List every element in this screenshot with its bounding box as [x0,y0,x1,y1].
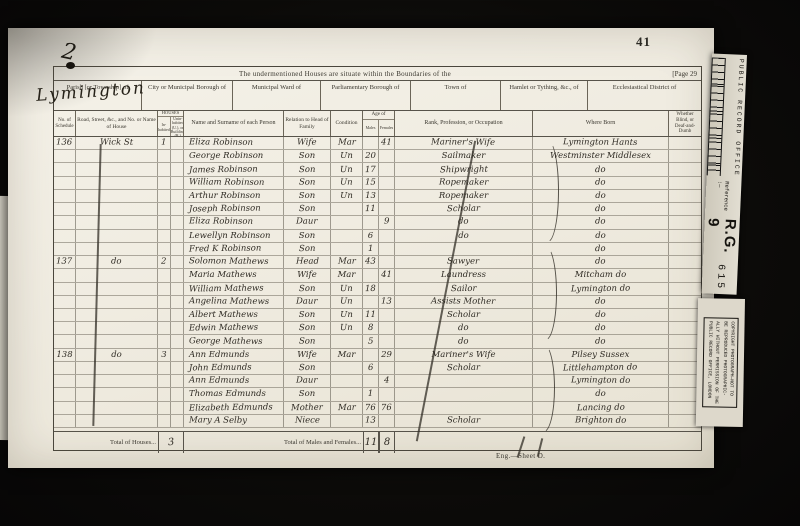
cell-rel: Wife [284,349,331,361]
handwritten-entry: Un [340,296,353,306]
table-row: Ann EdmundsDaur4Lymington do [54,375,701,388]
cell-agem: 13 [363,190,379,202]
cell-agem: 13 [363,415,379,427]
table-row: Elizabeth EdmundsMotherMar7676Lancing do [54,402,701,415]
handwritten-entry: do [595,204,606,214]
handwritten-entry: do [458,323,469,333]
cell-sched [54,150,76,162]
handwritten-entry: Mar [338,257,356,267]
cell-inh [158,309,171,321]
header-name: Name and Surname of each Person [184,111,284,136]
cell-agem [363,137,379,149]
handwritten-entry: do [595,217,606,227]
cell-inh [158,163,171,175]
handwritten-entry: Son [299,244,316,254]
cell-rel: Daur [284,216,331,228]
cell-street [76,375,158,387]
cell-inh [158,283,171,295]
district-box-parliamentary: Parliamentary Borough of [321,81,411,110]
archive-name: PUBLIC RECORD OFFICE [733,59,745,177]
header-rank: Rank, Profession, or Occupation [395,111,533,136]
district-label: Hamlet or Tything, &c., of [509,84,578,92]
census-table: The undermentioned Houses are situate wi… [53,66,702,451]
cell-uninh [171,388,184,400]
table-row: Lewellyn RobinsonSon6dodo [54,230,701,243]
cell-inh [158,402,171,414]
cell-street [76,163,158,175]
handwritten-entry: 11 [365,310,376,320]
handwritten-entry: Lymington do [571,376,630,387]
total-males-value: 11 [363,432,379,453]
handwritten-entry: William Robinson [189,177,264,188]
handwritten-entry: do [595,389,606,399]
cell-rel: Son [284,388,331,400]
cell-street [76,283,158,295]
cell-street: do [76,349,158,361]
cell-cond: Mar [331,256,363,268]
cell-occ: do [395,216,533,228]
table-row: Thomas EdmundsSon1do [54,388,701,401]
table-row: Fred K RobinsonSon1do [54,243,701,256]
handwritten-entry: Daur [296,376,318,386]
boundary-statement: The undermentioned Houses are situate wi… [239,70,451,78]
cell-name: Ann Edmunds [184,349,284,361]
cell-agef [379,256,395,268]
cell-inf [669,137,701,149]
cell-rel: Son [284,362,331,374]
total-houses-value: 3 [158,432,184,453]
handwritten-entry: Un [340,310,353,320]
cell-inf [669,322,701,334]
cell-agef [379,283,395,295]
copyright-line: BE REPRODUCED PHOTOGRAPHIC- [720,321,729,404]
reference-piece: 615 [714,264,726,291]
cell-occ [395,375,533,387]
cell-inf [669,283,701,295]
handwritten-entry: Sailor [451,283,477,293]
header-uninhabited: Unin-habited (U.), or Building (B.) [171,117,184,136]
cell-street: do [76,256,158,268]
cell-name: George Mathews [184,335,284,347]
cell-agem: 8 [363,322,379,334]
district-box-town: Town of [411,81,501,110]
cell-occ [395,388,533,400]
copyright-text: COPYRIGHT PHOTOGRAPH—NOT TOBE REPRODUCED… [702,317,738,408]
handwritten-entry: William Mathews [189,283,264,294]
cell-street [76,415,158,427]
cell-cond: Un [331,163,363,175]
handwritten-entry: Angelina Mathews [189,296,269,307]
handwritten-entry: 138 [56,350,72,360]
cell-inf [669,256,701,268]
cell-rel: Son [284,283,331,295]
handwritten-entry: 1 [368,244,374,254]
header-relation: Relation to Head of Family [284,111,331,136]
handwritten-entry: Son [299,151,315,161]
cell-cond: Un [331,177,363,189]
cell-inh: 2 [158,256,171,268]
handwritten-entry: Fred K Robinson [189,243,261,254]
cell-uninh [171,163,184,175]
cell-sched [54,243,76,255]
handwritten-entry: Un [340,323,353,333]
handwritten-entry: 43 [365,257,376,267]
total-females-value: 8 [379,432,395,453]
cell-name: Lewellyn Robinson [184,230,284,242]
cell-uninh [171,362,184,374]
handwritten-entry: do [458,231,469,241]
reference-label: Reference :— [716,181,731,215]
cell-occ: Sawyer [395,256,533,268]
handwritten-entry: Un [340,191,353,201]
handwritten-entry: 41 [381,138,392,148]
cell-uninh [171,349,184,361]
handwritten-entry: Lymington Hants [563,137,638,148]
cell-sched [54,163,76,175]
handwritten-entry: Son [299,323,316,333]
handwritten-entry: do [595,191,606,201]
district-box-ecclesiastical: Ecclesiastical District of [588,81,701,110]
cell-agef [379,415,395,427]
table-row: William MathewsSonUn18SailorLymington do [54,283,701,296]
handwritten-entry: 20 [365,151,376,161]
handwritten-entry: Maria Mathews [189,270,257,280]
table-row: James RobinsonSonUn17Shipwrightdo [54,163,701,176]
cell-street [76,230,158,242]
cell-occ: do [395,322,533,334]
cell-rel: Son [284,335,331,347]
handwritten-entry: Lancing do [577,402,625,413]
cell-street [76,362,158,374]
cell-agem: 17 [363,163,379,175]
cell-agem [363,296,379,308]
cell-agef [379,322,395,334]
handwritten-entry: 41 [381,270,392,280]
handwritten-entry: Son [299,363,316,373]
handwritten-entry: 3 [161,350,166,360]
header-road: Road, Street, &c., and No. or Name of Ho… [76,111,158,136]
census-sheet: 41 The undermentioned Houses are situate… [8,28,714,468]
cell-inh [158,190,171,202]
cell-cond: Un [331,309,363,321]
cell-agef [379,362,395,374]
handwritten-entry: 137 [56,257,72,267]
header-houses: HOUSES In-habited Unin-habited (U.), or … [158,111,184,136]
cell-inh: 3 [158,349,171,361]
district-box-hamlet: Hamlet or Tything, &c., of [501,81,588,110]
handwritten-entry: Wick St [100,138,133,148]
cell-uninh [171,137,184,149]
handwritten-entry: George Robinson [189,151,263,161]
cell-inf [669,230,701,242]
handwritten-entry: Un [340,177,353,187]
cell-agem: 6 [363,362,379,374]
cell-name: George Robinson [184,150,284,162]
handwritten-entry: Mar [338,350,356,360]
cell-name: Albert Mathews [184,309,284,321]
cell-agem [363,269,379,281]
cell-street [76,402,158,414]
cell-name: William Robinson [184,177,284,189]
page-label: [Page 29 [672,70,701,78]
handwritten-entry: Son [299,336,316,346]
cell-occ [395,243,533,255]
cell-occ: Scholar [395,203,533,215]
cell-name: Eliza Robinson [184,216,284,228]
cell-agef [379,150,395,162]
cell-sched [54,216,76,228]
cell-cond: Mar [331,349,363,361]
cell-agef [379,309,395,321]
cell-cond: Mar [331,137,363,149]
copyright-line: COPYRIGHT PHOTOGRAPH—NOT TO [727,321,736,404]
handwritten-entry: Thomas Edmunds [189,389,266,399]
handwritten-entry: 6 [368,231,373,241]
cell-occ: Sailor [395,283,533,295]
handwritten-entry: Scholar [447,204,480,214]
handwritten-entry: do [111,257,122,267]
cell-sched [54,203,76,215]
cell-cond [331,375,363,387]
cell-uninh [171,177,184,189]
cell-inh [158,243,171,255]
cell-name: Angelina Mathews [184,296,284,308]
ink-blot [66,62,75,69]
total-houses-label: Total of Houses... [54,432,158,453]
handwritten-entry: Eliza Robinson [189,217,253,228]
handwritten-entry: 136 [56,138,72,148]
handwritten-entry: Mitcham do [575,270,626,280]
cell-sched [54,177,76,189]
cell-agef: 29 [379,349,395,361]
handwritten-entry: Pilsey Sussex [572,350,630,360]
cell-occ: do [395,335,533,347]
cell-agef [379,163,395,175]
handwritten-entry: Elizabeth Edmunds [189,402,273,413]
handwritten-entry: Son [299,231,315,241]
cell-inf [669,150,701,162]
handwritten-entry: Daur [296,296,318,306]
handwritten-entry: do [595,310,606,320]
cell-rel: Son [284,230,331,242]
total-persons-label: Total of Males and Females... [184,432,363,453]
cell-rel: Wife [284,269,331,281]
handwritten-entry: Son [299,310,315,320]
handwritten-entry: Daur [296,217,318,227]
table-row: George RobinsonSonUn20SailmakerWestminst… [54,150,701,163]
cell-uninh [171,335,184,347]
header-condition: Condition [331,111,363,136]
cell-agef: 9 [379,216,395,228]
handwritten-entry: 76 [381,403,392,413]
reference-series: R.G. 9 [704,218,740,261]
header-schedule: No. of Schedule [54,111,76,136]
cell-agef [379,388,395,400]
cell-name: William Mathews [184,283,284,295]
cell-agef: 13 [379,296,395,308]
cell-cond: Un [331,296,363,308]
table-row: William RobinsonSonUn15Ropemakerdo [54,177,701,190]
cell-agem: 20 [363,150,379,162]
cell-inh: 1 [158,137,171,149]
cell-inf [669,243,701,255]
photographed-census-page: 41 The undermentioned Houses are situate… [0,0,800,526]
table-title-row: The undermentioned Houses are situate wi… [54,67,701,81]
cell-rel: Mother [284,402,331,414]
cell-uninh [171,216,184,228]
handwritten-entry: Son [299,283,316,293]
cell-uninh [171,243,184,255]
cell-cond [331,362,363,374]
cell-sched [54,415,76,427]
cell-inh [158,322,171,334]
cell-sched [54,375,76,387]
handwritten-entry: Scholar [447,415,480,425]
handwritten-entry: Ropemaker [439,177,488,187]
cell-name: Arthur Robinson [184,190,284,202]
cell-name: John Edmunds [184,362,284,374]
cell-occ [395,402,533,414]
handwritten-entry: Mary A Selby [189,415,247,426]
cell-agef [379,230,395,242]
district-label: Ecclesiastical District of [613,84,677,92]
cell-cond [331,243,363,255]
handwritten-entry: Mariner's Wife [431,350,495,360]
cell-rel: Wife [284,137,331,149]
handwritten-entry: do [595,336,606,346]
cell-street [76,216,158,228]
cell-agef [379,190,395,202]
cell-cond: Mar [331,269,363,281]
handwritten-entry: Head [295,257,318,267]
cell-street [76,177,158,189]
cell-uninh [171,402,184,414]
table-row: Mary A SelbyNiece13ScholarBrighton do [54,415,701,428]
cell-sched [54,190,76,202]
cell-street [76,190,158,202]
cell-agef: 76 [379,402,395,414]
cell-agef [379,243,395,255]
cell-rel: Niece [284,415,331,427]
cell-cond: Mar [331,402,363,414]
header-females: Females [379,120,394,136]
cell-rel: Son [284,177,331,189]
handwritten-entry: do [595,177,606,187]
cell-cond [331,388,363,400]
cell-cond [331,230,363,242]
handwritten-entry: Littlehampton do [563,362,637,373]
handwritten-entry: Shipwright [439,164,487,175]
cell-street [76,150,158,162]
handwritten-entry: Arthur Robinson [189,191,260,201]
handwritten-entry: do [111,350,122,360]
handwritten-entry: 29 [381,350,392,360]
cell-street [76,388,158,400]
handwritten-entry: do [595,164,606,174]
cell-inf [669,269,701,281]
cell-uninh [171,269,184,281]
handwritten-entry: 13 [365,191,376,201]
cell-inh [158,296,171,308]
handwritten-entry: Lewellyn Robinson [189,231,271,241]
cell-occ: Scholar [395,415,533,427]
cell-rel: Son [284,163,331,175]
cell-name: James Robinson [184,163,284,175]
cell-inh [158,269,171,281]
table-row: Joseph RobinsonSon11Scholardo [54,203,701,216]
cell-occ: do [395,230,533,242]
cell-name: Fred K Robinson [184,243,284,255]
handwritten-entry: 6 [368,363,374,373]
handwritten-entry: Mariner's Wife [431,137,495,148]
cell-sched: 137 [54,256,76,268]
cell-sched: 136 [54,137,76,149]
district-label: Town of [445,84,467,92]
table-row: John EdmundsSon6ScholarLittlehampton do [54,362,701,375]
handwritten-entry: Edwin Mathews [189,323,258,334]
cell-uninh [171,283,184,295]
handwritten-entry: Mar [338,138,356,148]
cell-cond: Un [331,190,363,202]
cell-agem: 1 [363,388,379,400]
handwritten-entry: Brighton do [575,415,626,425]
cell-uninh [171,203,184,215]
handwritten-entry: Ann Edmunds [189,350,249,360]
handwritten-entry: 11 [365,204,376,214]
cell-occ: Laundress [395,269,533,281]
district-header-row: Parish [or Township] of City or Municipa… [54,81,701,111]
handwritten-entry: 15 [365,177,376,187]
cell-born: do [533,243,669,255]
handwritten-entry: Son [299,204,316,214]
cell-uninh [171,150,184,162]
cell-born: do [533,335,669,347]
cell-street [76,335,158,347]
handwritten-entry: 13 [381,296,392,306]
cell-uninh [171,190,184,202]
cell-cond [331,203,363,215]
cell-inh [158,335,171,347]
cell-name: Solomon Mathews [184,256,284,268]
cell-occ: Mariner's Wife [395,137,533,149]
cell-street: Wick St [76,137,158,149]
cell-agem: 76 [363,402,379,414]
cell-name: Mary A Selby [184,415,284,427]
header-males: Males [363,120,379,136]
handwritten-entry: Un [340,151,353,161]
cell-sched [54,283,76,295]
cell-street [76,296,158,308]
district-label: City or Municipal Borough of [148,84,226,92]
totals-blank [395,432,701,453]
copyright-label: COPYRIGHT PHOTOGRAPH—NOT TOBE REPRODUCED… [696,298,745,427]
handwritten-entry: George Mathews [189,336,263,347]
handwritten-entry: Scholar [447,310,480,320]
handwritten-entry: Mar [338,403,356,413]
district-label: Parliamentary Borough of [332,84,400,92]
handwritten-entry: 17 [365,164,376,174]
handwritten-entry: 13 [365,415,376,425]
cell-rel: Son [284,190,331,202]
handwritten-entry: James Robinson [189,164,258,175]
cell-sched [54,322,76,334]
cell-street [76,269,158,281]
handwritten-entry: 9 [384,217,390,227]
handwritten-entry: do [595,296,606,306]
header-age: Age of Males Females [363,111,395,136]
table-row: 136Wick St1Eliza RobinsonWifeMar41Marine… [54,137,701,150]
handwritten-entry: Niece [294,415,319,425]
